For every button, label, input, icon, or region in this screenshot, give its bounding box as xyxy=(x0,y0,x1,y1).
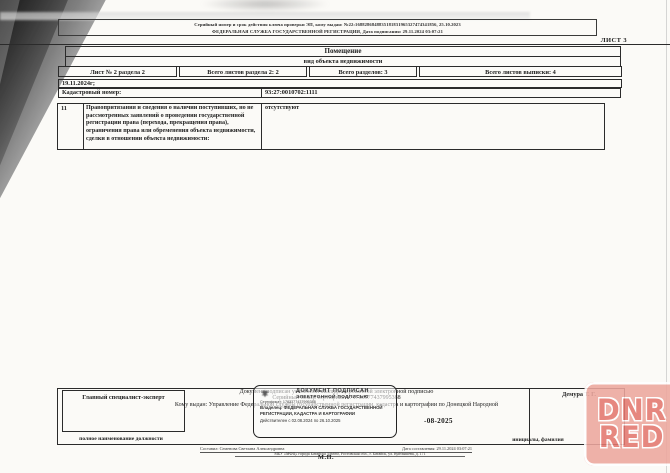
scanned-document-page: Серийный номер и срок действия ключа про… xyxy=(0,0,670,473)
signer-name-caption: инициалы, фамилия xyxy=(494,437,582,443)
sheet-info-row: Лист № 2 раздела 2 Всего листов раздела … xyxy=(58,66,622,77)
sheet-info-cell: Лист № 2 раздела 2 xyxy=(58,66,177,77)
scan-smudge xyxy=(200,0,330,12)
stamp-owner-line1: Владелец: ФЕДЕРАЛЬНАЯ СЛУЖБА ГОСУДАРСТВЕ… xyxy=(254,404,396,410)
dnr-red-watermark: DNR RED xyxy=(584,382,670,466)
esign-stamp: ДОКУМЕНТ ПОДПИСАН ЭЛЕКТРОННОЙ ПОДПИСЬЮ С… xyxy=(253,385,397,438)
coat-of-arms-icon xyxy=(260,389,270,399)
office-address-line: МБУ «МФЦ» города Батайска 346880, Ростов… xyxy=(235,451,465,457)
object-type-header: Помещение вид объекта недвижимости xyxy=(65,46,621,67)
sheet-info-cell: Всего разделов: 3 xyxy=(309,66,417,77)
seal-mark: М.П. xyxy=(318,454,334,461)
cadastral-label: Кадастровый номер: xyxy=(58,88,262,98)
stamp-validity: Действителен с 02.08.2024 по 26.10.2025 xyxy=(254,417,396,423)
sheet-number-label: ЛИСТ 3 xyxy=(552,37,627,44)
cadastral-row: Кадастровый номер: 93:27:0010702:1111 xyxy=(58,88,622,98)
watermark-line2: RED xyxy=(599,424,665,451)
esign-serial-box: Серийный номер и срок действия ключа про… xyxy=(58,19,597,36)
date-row: 19.11.2024г; xyxy=(58,79,622,88)
esign-serial-line2: ФЕДЕРАЛЬНАЯ СЛУЖБА ГОСУДАРСТВЕННОЙ РЕГИС… xyxy=(59,29,596,36)
top-rule xyxy=(0,44,670,45)
object-type-caption: вид объекта недвижимости xyxy=(66,57,620,66)
sheet-info-cell: Всего листов выписки: 4 xyxy=(419,66,622,77)
esign-stamp-header: ДОКУМЕНТ ПОДПИСАН ЭЛЕКТРОННОЙ ПОДПИСЬЮ xyxy=(254,386,396,399)
claims-row-label: Правопритязания и сведения о наличии пос… xyxy=(84,104,262,149)
claims-row-number: 11 xyxy=(58,104,84,149)
claims-row-value: отсутствуют xyxy=(262,104,604,149)
esign-stamp-title: ДОКУМЕНТ ПОДПИСАН ЭЛЕКТРОННОЙ ПОДПИСЬЮ xyxy=(273,388,392,399)
claims-table-row: 11 Правопритязания и сведения о наличии … xyxy=(57,103,605,150)
sheet-info-cell: Всего листов раздела 2: 2 xyxy=(179,66,307,77)
stamp-title-line2: ЭЛЕКТРОННОЙ ПОДПИСЬЮ xyxy=(273,394,392,399)
object-type: Помещение xyxy=(66,47,620,57)
stamp-date-fragment: -08-2025 xyxy=(424,417,453,425)
cadastral-value: 93:27:0010702:1111 xyxy=(261,88,621,98)
esign-serial-line1: Серийный номер и срок действия ключа про… xyxy=(59,22,596,29)
position-caption: полное наименование должности xyxy=(57,436,185,443)
